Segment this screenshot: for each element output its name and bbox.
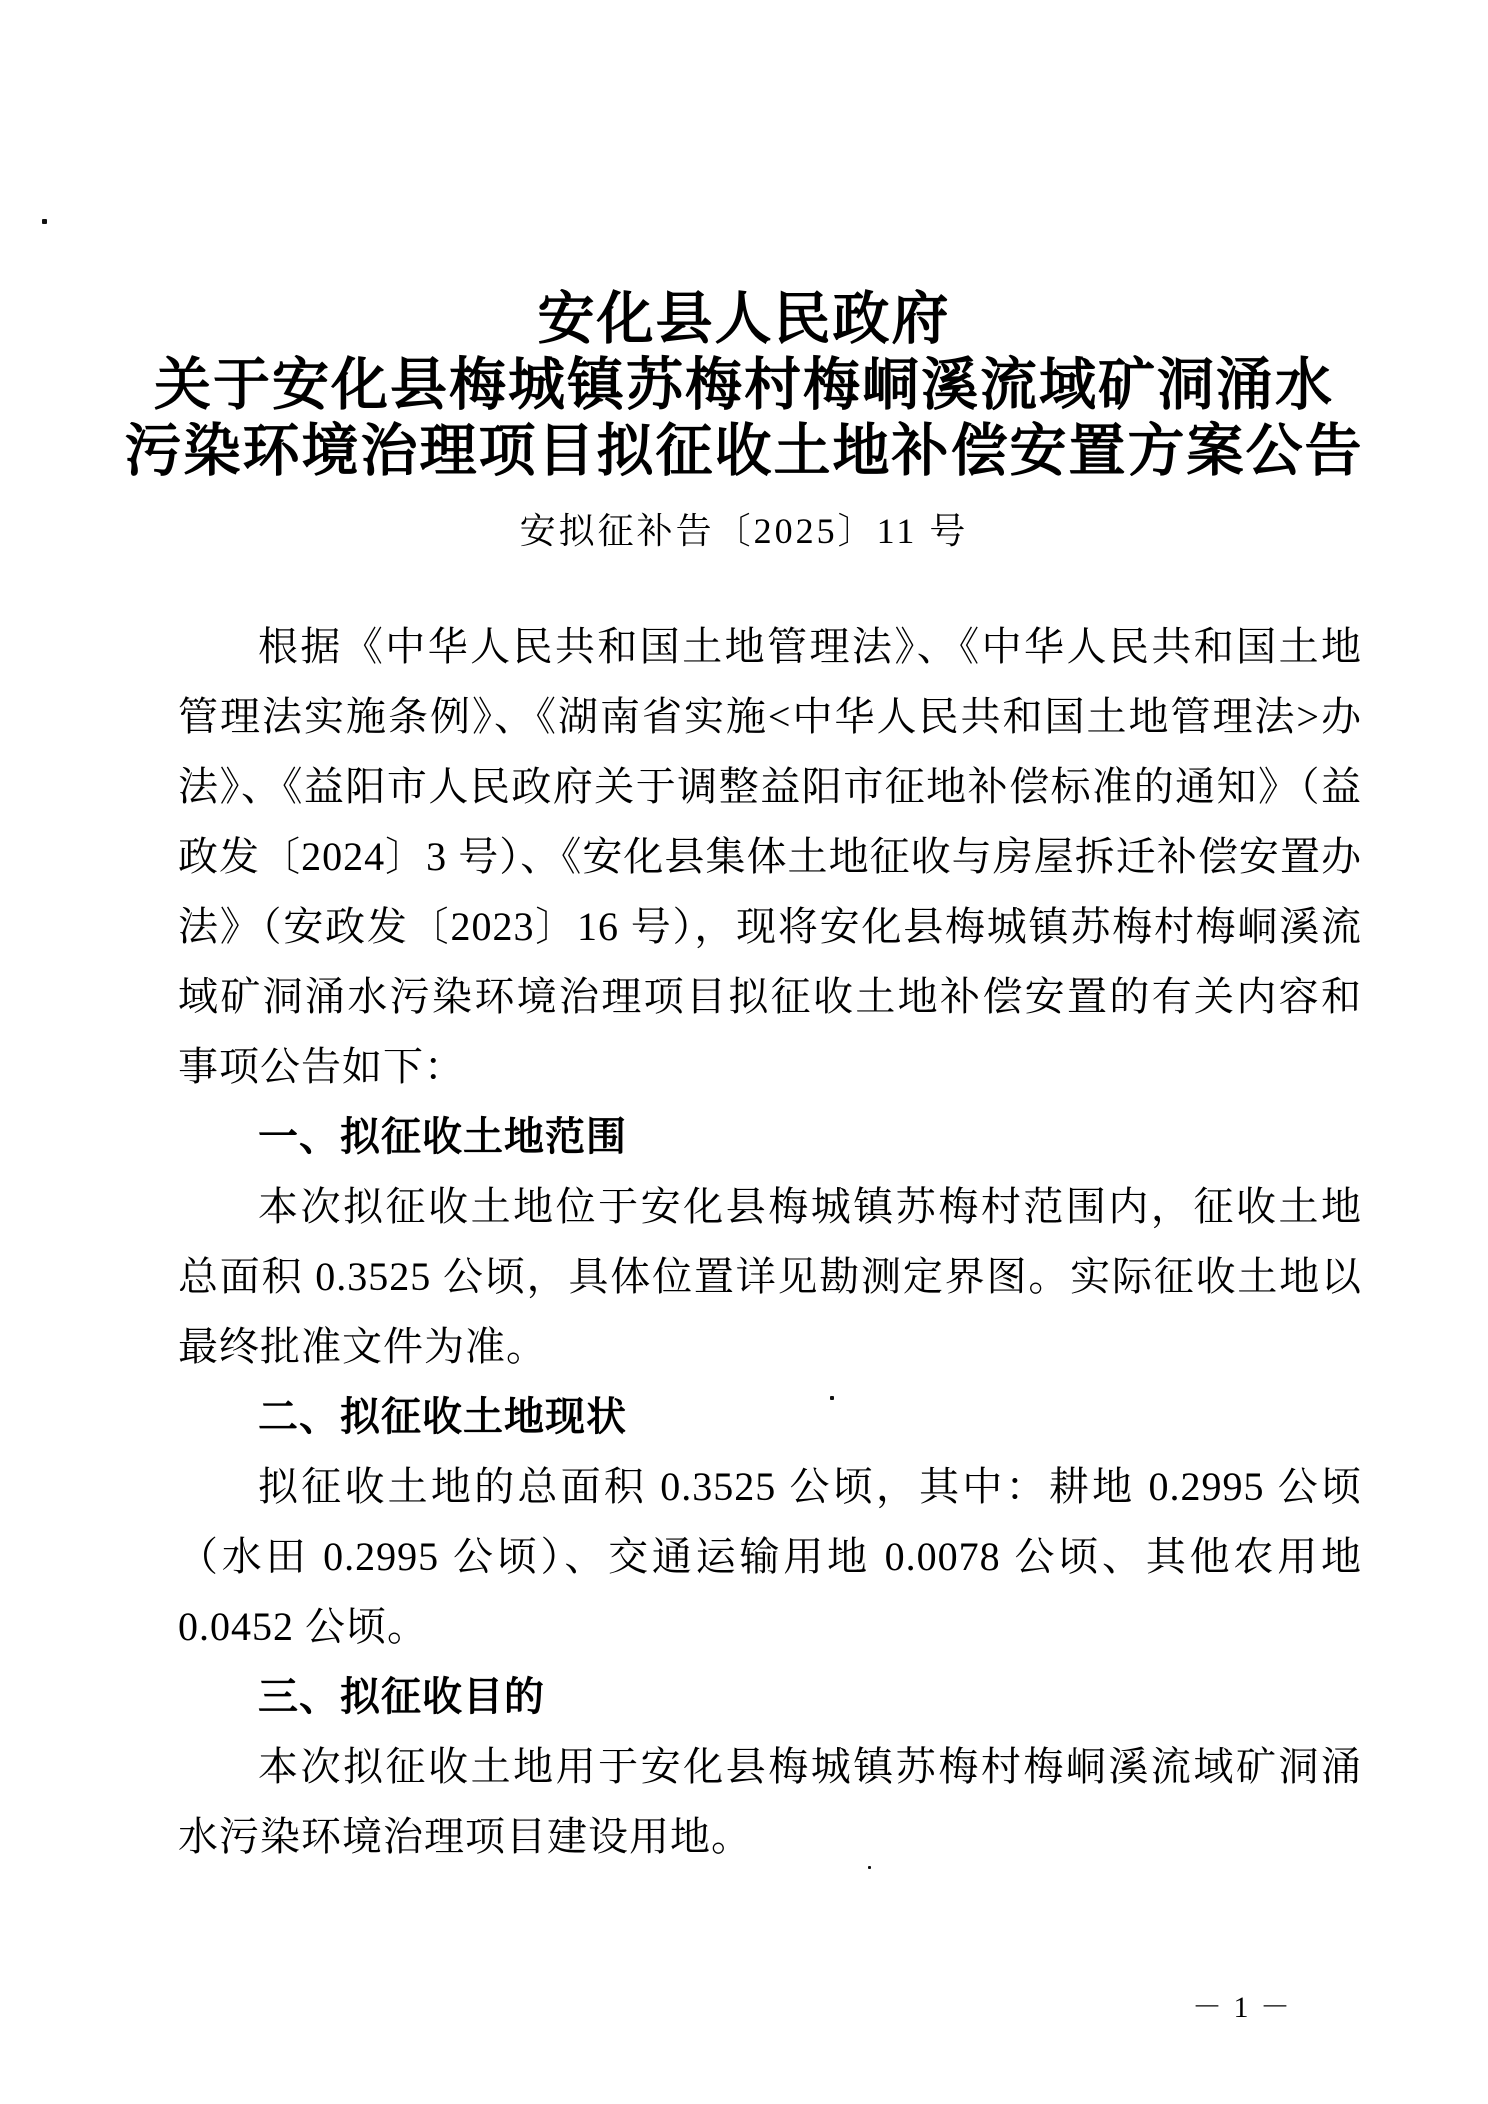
scan-artifact-dot [42, 219, 47, 224]
paragraph-section-1: 本次拟征收土地位于安化县梅城镇苏梅村范围内，征收土地总面积 0.3525 公顷，… [178, 1172, 1362, 1382]
section-heading-3: 三、拟征收目的 [178, 1662, 1362, 1732]
document-number: 安拟征补告〔2025〕11 号 [0, 509, 1488, 553]
section-heading-2: 二、拟征收土地现状 [178, 1382, 1362, 1452]
document-body: 根据《中华人民共和国土地管理法》、《中华人民共和国土地管理法实施条例》、《湖南省… [178, 612, 1362, 1872]
title-issuer: 安化县人民政府 [0, 287, 1488, 353]
paragraph-section-2: 拟征收土地的总面积 0.3525 公顷，其中：耕地 0.2995 公顷（水田 0… [178, 1452, 1362, 1662]
section-heading-1: 一、拟征收土地范围 [178, 1102, 1362, 1172]
paragraph-intro: 根据《中华人民共和国土地管理法》、《中华人民共和国土地管理法实施条例》、《湖南省… [178, 612, 1362, 1102]
page-number: － 1 － [1192, 1982, 1292, 2026]
scan-artifact-dot [830, 1396, 834, 1400]
title-subject-line-2: 污染环境治理项目拟征收土地补偿安置方案公告 [0, 419, 1488, 485]
scan-artifact-dot [868, 1866, 871, 1869]
paragraph-section-3: 本次拟征收土地用于安化县梅城镇苏梅村梅峒溪流域矿洞涌水污染环境治理项目建设用地。 [178, 1732, 1362, 1872]
document-page: 安化县人民政府 关于安化县梅城镇苏梅村梅峒溪流域矿洞涌水 污染环境治理项目拟征收… [0, 0, 1488, 2104]
document-title: 安化县人民政府 关于安化县梅城镇苏梅村梅峒溪流域矿洞涌水 污染环境治理项目拟征收… [0, 287, 1488, 553]
title-subject-line-1: 关于安化县梅城镇苏梅村梅峒溪流域矿洞涌水 [0, 353, 1488, 419]
